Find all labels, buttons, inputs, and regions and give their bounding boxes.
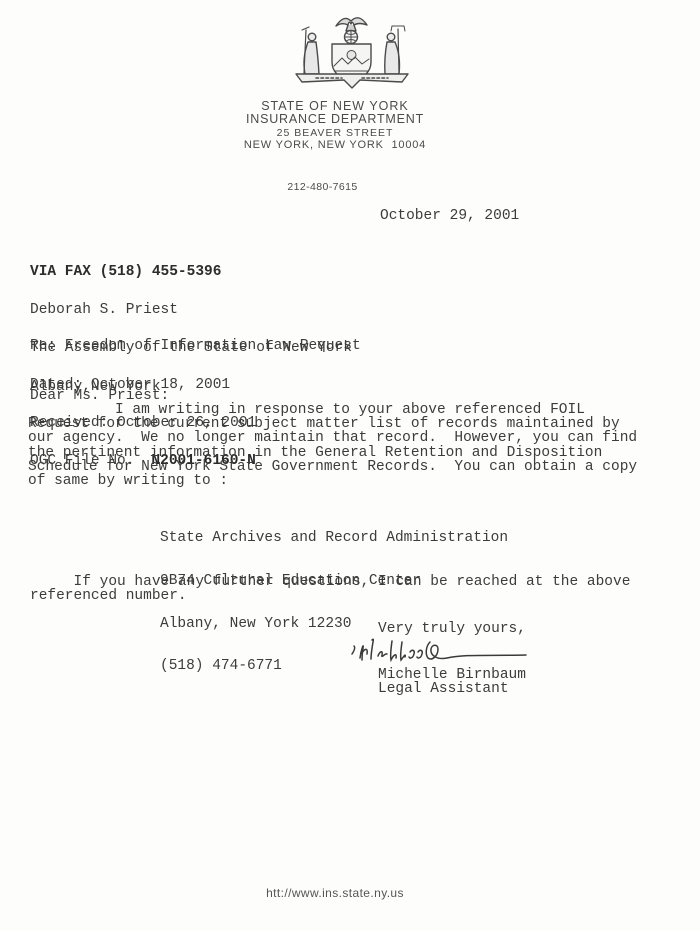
archives-address-line: State Archives and Record Administration xyxy=(160,531,508,545)
letter-date: October 29, 2001 xyxy=(380,208,519,224)
letterhead-city-line: NEW YORK, NEW YORK 10004 xyxy=(185,139,485,151)
body-paragraph-1: I am writing in response to your above r… xyxy=(28,403,637,488)
letterhead-phone: 212-480-7615 xyxy=(235,181,410,193)
footer-website-url: htt://www.ins.state.ny.us xyxy=(200,886,470,900)
via-fax-line: VIA FAX (518) 455-5396 xyxy=(30,266,352,279)
letterhead: STATE OF NEW YORK INSURANCE DEPARTMENT 2… xyxy=(185,100,485,151)
scanned-letter-page: STATE OF NEW YORK INSURANCE DEPARTMENT 2… xyxy=(0,0,700,931)
reference-subject: Re: Freedom of Information Law Request xyxy=(30,340,361,353)
letterhead-street-line: 25 BEAVER STREET xyxy=(185,127,485,139)
body-paragraph-2: If you have any further questions, I can… xyxy=(30,575,630,603)
ny-state-seal-icon xyxy=(288,9,416,93)
letterhead-department-line: INSURANCE DEPARTMENT xyxy=(185,113,485,126)
signer-title: Legal Assistant xyxy=(378,681,509,697)
handwritten-signature xyxy=(348,632,533,672)
